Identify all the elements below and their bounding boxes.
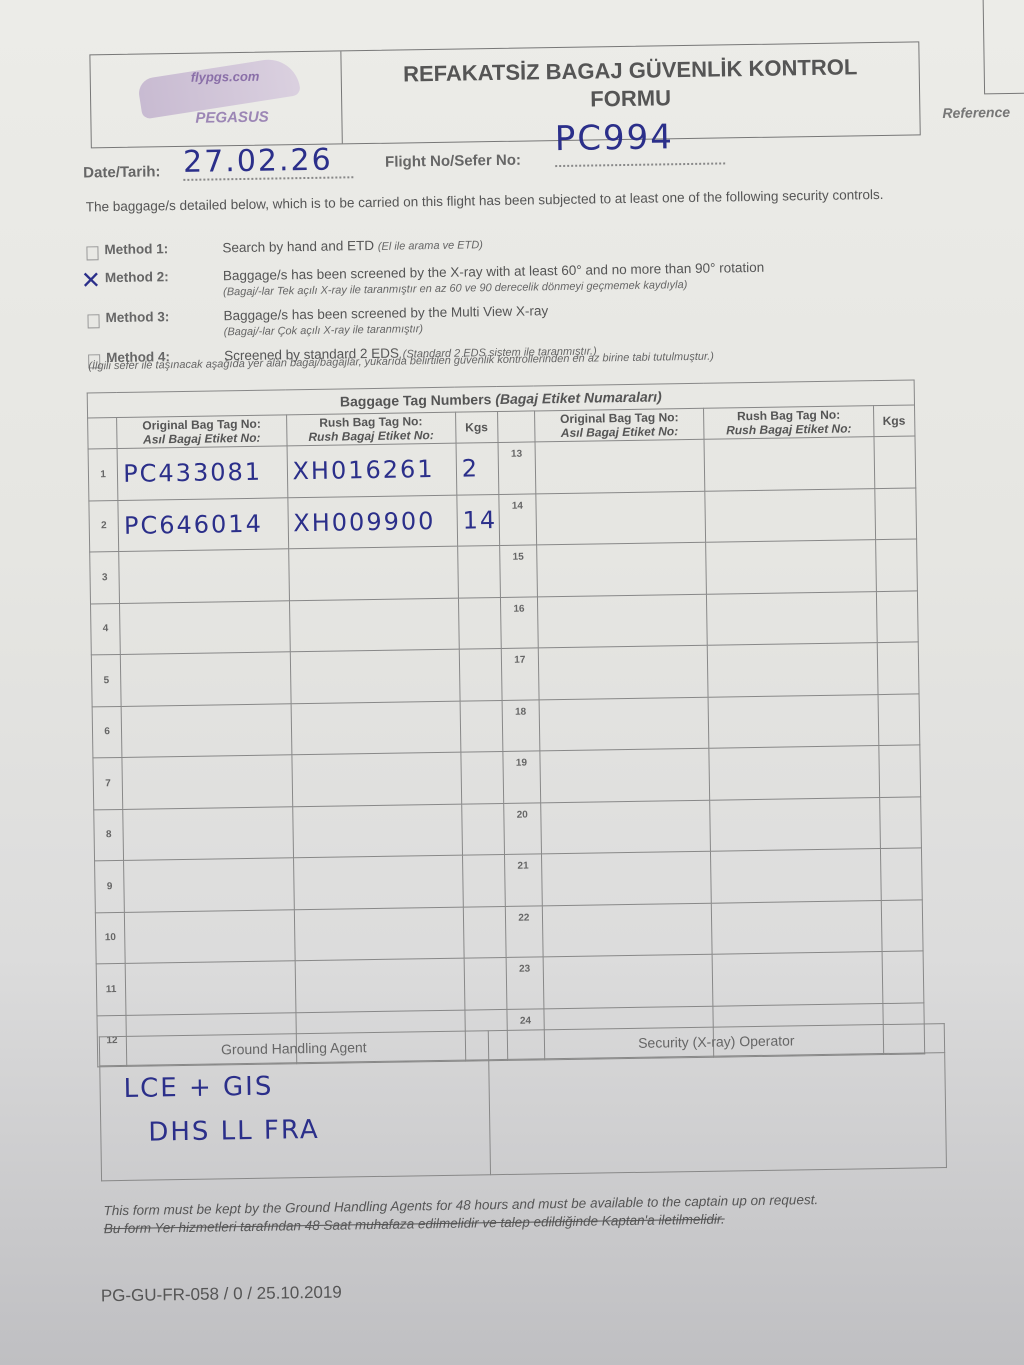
method-1-desc: Search by hand and ETD	[222, 238, 374, 255]
method-3-desc: Baggage/s has been screened by the Multi…	[223, 303, 548, 323]
row-number: 5	[91, 654, 121, 706]
reference-label: Reference	[942, 104, 1010, 121]
row-number: 7	[93, 757, 123, 809]
method-3-label: Method 3:	[105, 308, 223, 340]
method-1[interactable]: Method 1: Search by hand and ETD (El ile…	[86, 230, 906, 261]
kgs-cell-2[interactable]	[881, 899, 923, 951]
logo-brand: PEGASUS	[195, 109, 269, 127]
rush-tag-cell[interactable]	[289, 598, 459, 652]
kgs-cell-2[interactable]	[877, 642, 919, 694]
kgs-cell[interactable]	[464, 957, 507, 1009]
original-tag-cell-2[interactable]	[537, 594, 707, 648]
form-page: flypgs.com PEGASUS REFAKATSİZ BAGAJ GÜVE…	[0, 0, 1024, 1365]
original-tag-cell[interactable]	[125, 909, 295, 963]
row-number: 8	[94, 809, 124, 861]
method-2-label: Method 2:	[105, 268, 223, 300]
method-2-tr: (Bagaj/-lar Tek açılı X-ray ile taranmış…	[223, 279, 687, 298]
rush-tag-cell[interactable]: XH009900	[287, 495, 457, 549]
original-tag-cell-2[interactable]	[540, 748, 710, 802]
kgs-cell-2[interactable]	[882, 951, 924, 1003]
original-tag-cell-2[interactable]	[542, 903, 712, 957]
rush-tag-cell-2[interactable]	[712, 952, 882, 1006]
row-number-2: 21	[504, 854, 542, 906]
date-value: 27.02.26	[183, 143, 333, 180]
original-tag-cell[interactable]	[119, 549, 289, 603]
original-tag-cell[interactable]: PC433081	[117, 446, 287, 500]
row-number: 2	[89, 500, 119, 552]
rush-tag-cell[interactable]	[288, 546, 458, 600]
row-number: 11	[96, 963, 126, 1015]
row-number: 3	[90, 551, 120, 603]
original-tag-cell[interactable]	[122, 755, 292, 809]
signature-table: Ground Handling Agent Security (X-ray) O…	[99, 1023, 947, 1181]
date-field[interactable]: 27.02.26	[183, 142, 354, 181]
original-tag-cell[interactable]	[120, 600, 290, 654]
rush-tag-cell[interactable]	[294, 907, 464, 961]
method-1-checkbox[interactable]	[86, 246, 98, 260]
rush-tag-cell[interactable]	[291, 752, 461, 806]
row-number-2: 18	[502, 699, 540, 751]
logo-site: flypgs.com	[191, 69, 260, 85]
form-header: flypgs.com PEGASUS REFAKATSİZ BAGAJ GÜVE…	[89, 41, 920, 148]
row-number-2: 22	[505, 905, 543, 957]
col-original: Original Bag Tag No:Asıl Bagaj Etiket No…	[117, 415, 287, 449]
rush-tag-cell-2[interactable]	[705, 488, 875, 542]
agent-line2: DHS LL FRA	[102, 1105, 488, 1155]
kgs-cell-2[interactable]	[878, 745, 920, 797]
row-number: 9	[95, 860, 125, 912]
original-tag-cell[interactable]	[123, 806, 293, 860]
kgs-cell-2[interactable]	[876, 590, 918, 642]
rush-tag-cell-2[interactable]	[708, 643, 878, 697]
col-rush: Rush Bag Tag No:Rush Bagaj Etiket No:	[286, 412, 456, 446]
row-number: 10	[95, 912, 125, 964]
original-tag-cell-2[interactable]	[539, 697, 709, 751]
rush-tag-cell-2[interactable]	[709, 746, 879, 800]
row-number: 4	[91, 603, 121, 655]
rush-tag-cell-2[interactable]	[707, 591, 877, 645]
row-number-2: 19	[503, 751, 541, 803]
kgs-cell-2[interactable]	[874, 436, 916, 488]
flight-label: Flight No/Sefer No:	[385, 152, 521, 171]
baggage-tag-table: Baggage Tag Numbers (Bagaj Etiket Numara…	[87, 379, 926, 1067]
kgs-cell[interactable]	[460, 700, 503, 752]
original-tag-cell[interactable]	[121, 703, 291, 757]
rush-tag-cell-2[interactable]	[710, 797, 880, 851]
kgs-cell[interactable]	[459, 648, 502, 700]
original-tag-cell[interactable]	[124, 858, 294, 912]
x-check-mark-icon: ✕	[81, 266, 102, 295]
row-number: 6	[92, 706, 122, 758]
adjacent-form-edge	[982, 0, 1024, 94]
operator-signature-field[interactable]	[488, 1053, 946, 1175]
intro-text: The baggage/s detailed below, which is t…	[86, 186, 886, 216]
kgs-cell[interactable]	[461, 751, 504, 803]
original-tag-cell-2[interactable]	[541, 851, 711, 905]
kgs-cell[interactable]	[458, 597, 501, 649]
rush-tag-cell[interactable]	[295, 958, 465, 1012]
kgs-cell[interactable]	[462, 854, 505, 906]
rush-tag-cell-2[interactable]	[706, 540, 876, 594]
original-tag-cell-2[interactable]	[537, 542, 707, 596]
method-2[interactable]: ✕ Method 2: Baggage/s has been screened …	[87, 258, 907, 301]
method-3-checkbox[interactable]	[87, 314, 99, 328]
rush-tag-cell[interactable]	[290, 649, 460, 703]
flight-field[interactable]: PC994	[554, 116, 725, 167]
original-tag-cell[interactable]	[121, 652, 291, 706]
row-number-2: 20	[503, 802, 541, 854]
rush-tag-cell[interactable]	[292, 804, 462, 858]
footer-note: This form must be kept by the Ground Han…	[103, 1189, 923, 1238]
original-tag-cell-2[interactable]	[543, 954, 713, 1008]
kgs-cell[interactable]	[462, 803, 505, 855]
original-tag-cell-2[interactable]	[541, 800, 711, 854]
form-code: PG-GU-FR-058 / 0 / 25.10.2019	[101, 1283, 342, 1307]
agent-line1: LCE + GIS	[101, 1061, 487, 1111]
kgs-cell[interactable]	[463, 906, 506, 958]
col-kgs-2: Kgs	[873, 405, 915, 437]
rush-tag-cell-2[interactable]	[708, 694, 878, 748]
row-number-2: 14	[499, 493, 537, 545]
original-tag-cell[interactable]	[125, 961, 295, 1015]
rush-tag-cell[interactable]	[291, 701, 461, 755]
method-3-tr: (Bagaj/-lar Çok açılı X-ray ile taranmış…	[224, 323, 423, 338]
row-number-2: 16	[500, 596, 538, 648]
kgs-cell[interactable]: 2	[456, 443, 499, 495]
kgs-cell-2[interactable]	[874, 487, 916, 539]
original-tag-cell[interactable]: PC646014	[118, 497, 288, 551]
rush-tag-cell[interactable]: XH016261	[287, 443, 457, 497]
method-1-label: Method 1:	[104, 240, 222, 260]
col-kgs: Kgs	[455, 412, 497, 444]
rush-tag-cell-2[interactable]	[711, 849, 881, 903]
kgs-cell[interactable]: 14	[457, 494, 500, 546]
flight-value: PC994	[554, 117, 674, 159]
row-number-2: 13	[498, 442, 536, 494]
col-original-2: Original Bag Tag No:Asıl Bagaj Etiket No…	[535, 408, 705, 442]
rush-tag-cell-2[interactable]	[712, 900, 882, 954]
agent-signature-field[interactable]: LCE + GIS DHS LL FRA	[100, 1060, 490, 1181]
kgs-cell[interactable]	[457, 546, 500, 598]
pegasus-logo: flypgs.com PEGASUS	[90, 51, 342, 147]
col-rush-2: Rush Bag Tag No:Rush Bagaj Etiket No:	[704, 406, 874, 440]
method-3[interactable]: Method 3: Baggage/s has been screened by…	[87, 298, 907, 341]
original-tag-cell-2[interactable]	[536, 491, 706, 545]
row-number-2: 17	[501, 648, 539, 700]
row-number-2: 15	[499, 545, 537, 597]
kgs-cell-2[interactable]	[878, 693, 920, 745]
kgs-cell-2[interactable]	[880, 848, 922, 900]
original-tag-cell-2[interactable]	[538, 645, 708, 699]
row-number: 1	[88, 448, 118, 500]
original-tag-cell-2[interactable]	[535, 439, 705, 493]
rush-tag-cell[interactable]	[293, 855, 463, 909]
row-number-2: 23	[506, 957, 544, 1009]
date-label: Date/Tarih:	[83, 163, 160, 181]
rush-tag-cell-2[interactable]	[704, 437, 874, 491]
kgs-cell-2[interactable]	[879, 796, 921, 848]
kgs-cell-2[interactable]	[875, 539, 917, 591]
method-1-tr: (El ile arama ve ETD)	[378, 239, 483, 253]
